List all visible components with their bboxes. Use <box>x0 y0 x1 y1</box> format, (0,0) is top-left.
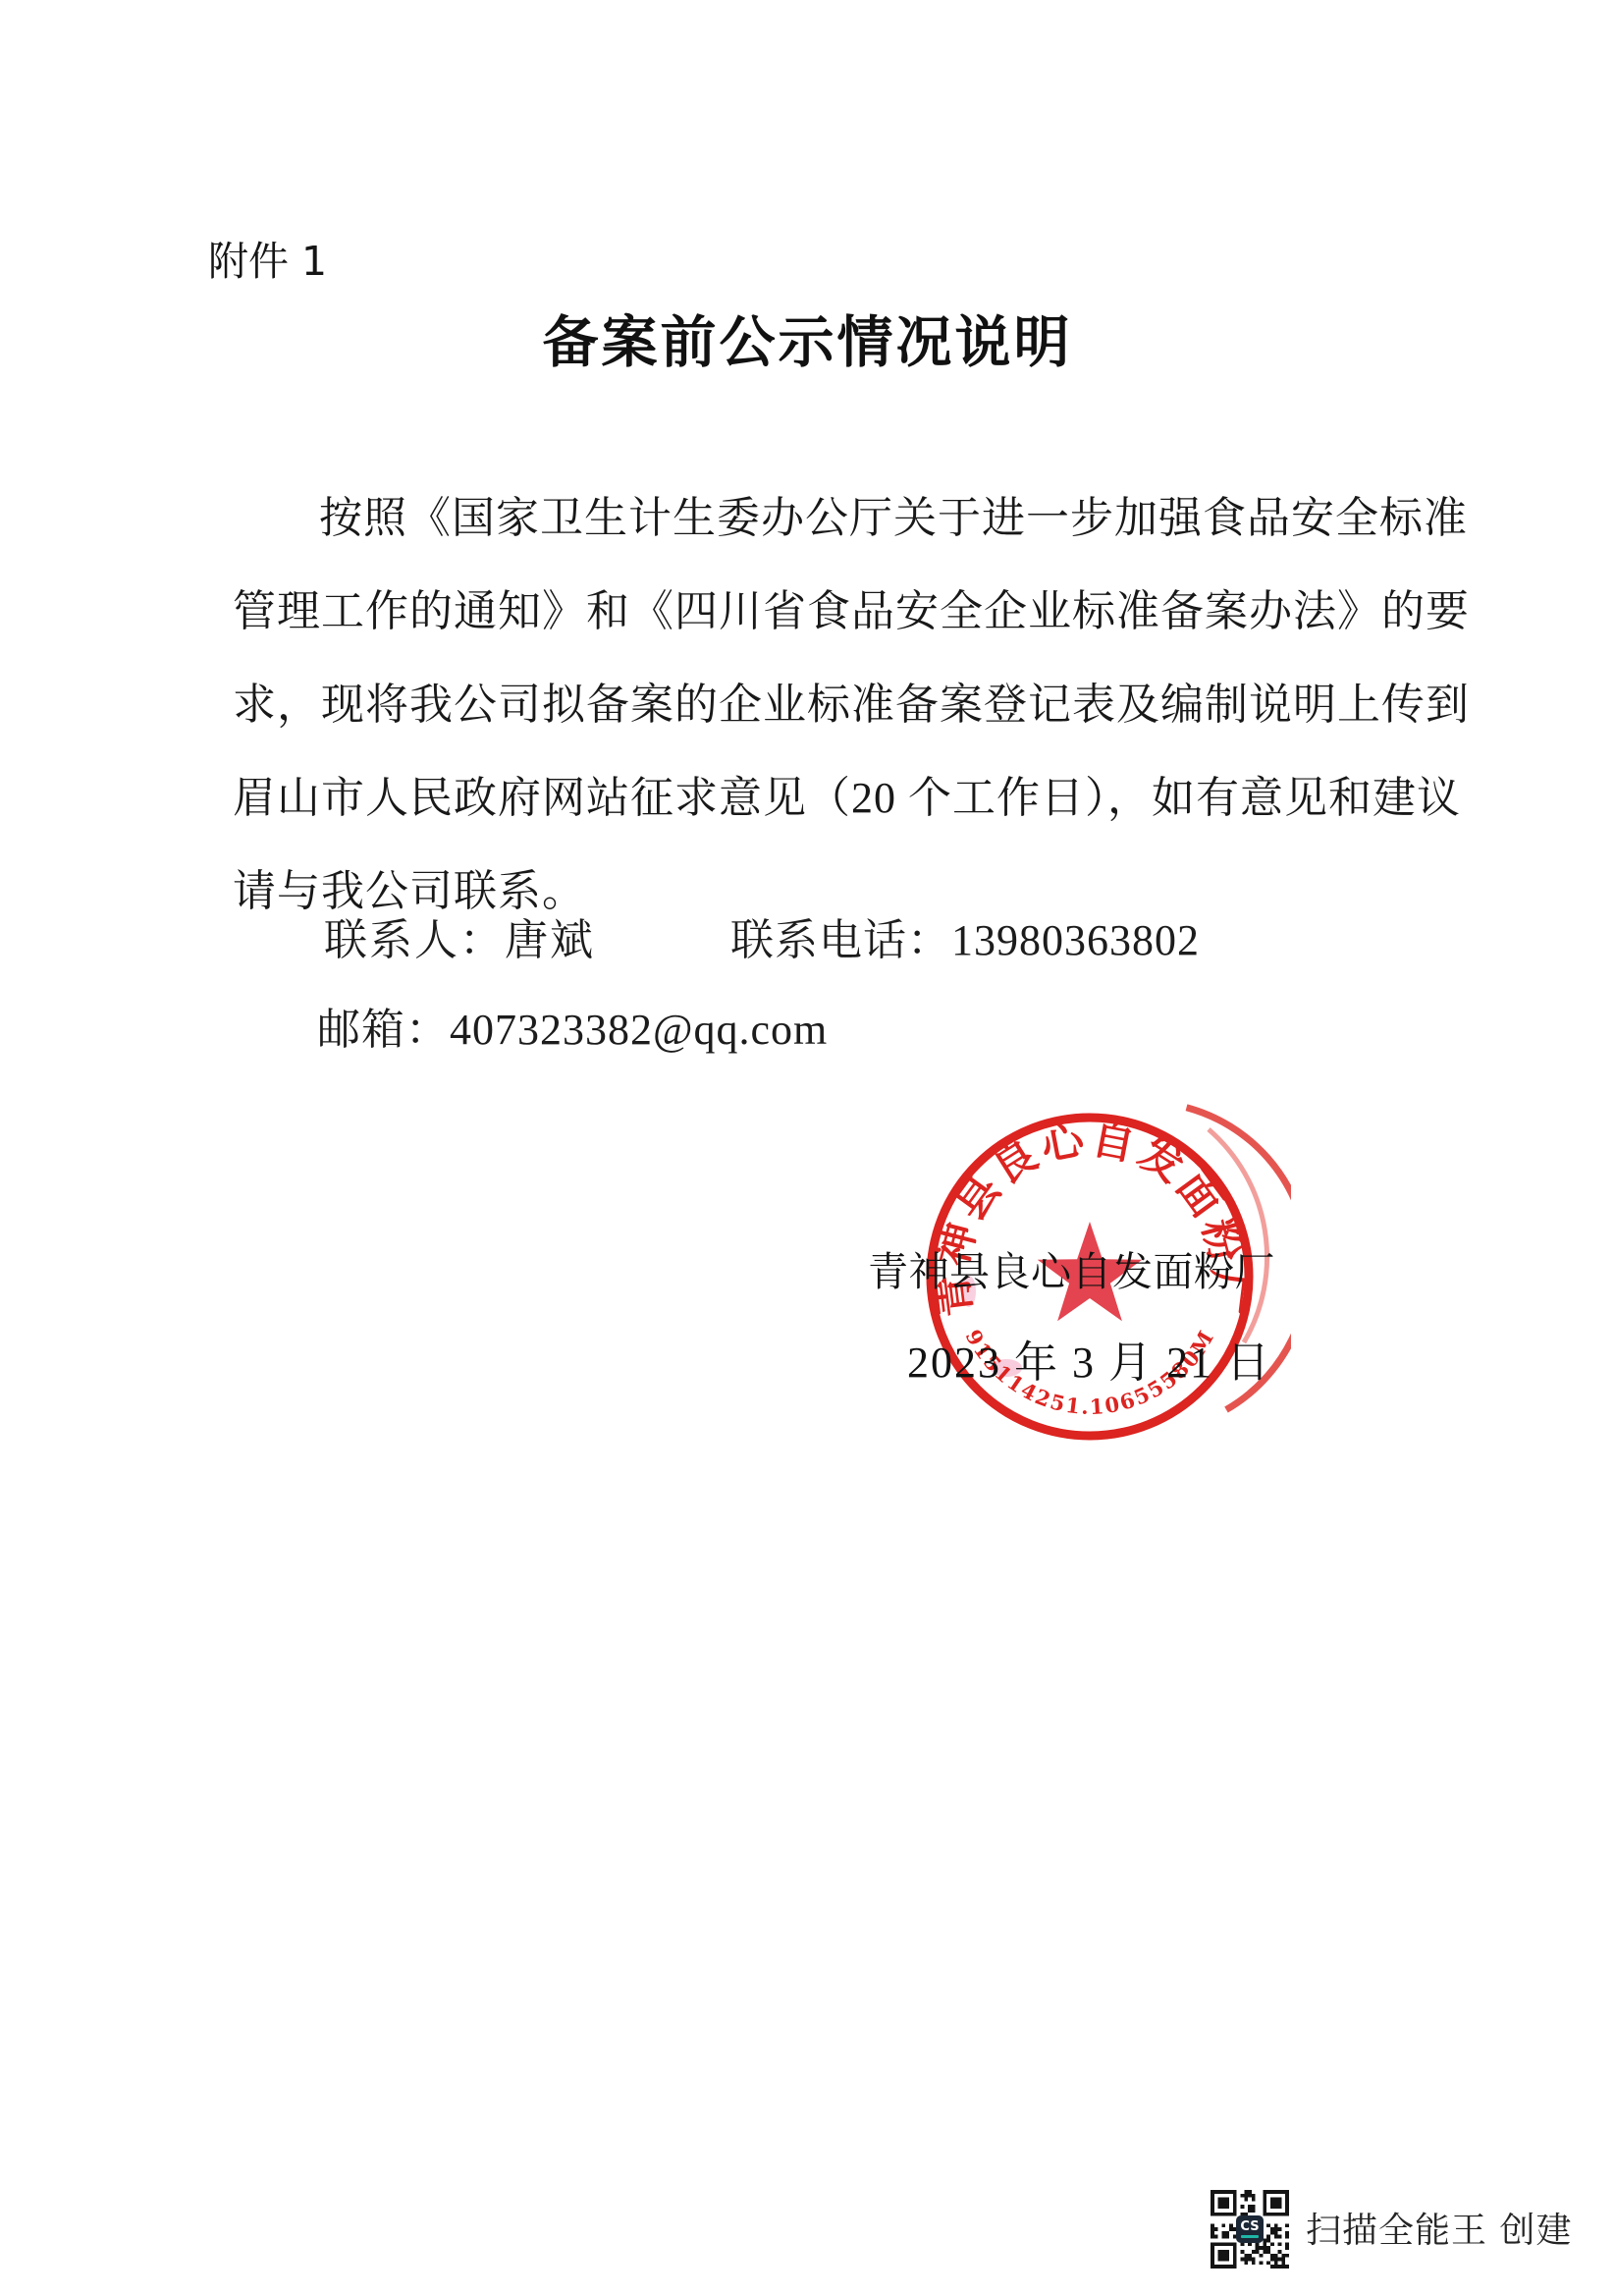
body-paragraph: 按照《国家卫生计生委办公厅关于进一步加强食品安全标准 管理工作的通知》和《四川省… <box>233 471 1419 938</box>
attachment-label: 附件 1 <box>208 229 327 287</box>
camscanner-logo-text: CS <box>1240 2220 1259 2233</box>
contact-row: 联系人：唐斌 联系电话：13980363802 <box>233 904 1419 954</box>
contact-email-label: 邮箱：407323382@qq.com <box>317 994 828 1057</box>
body-line: 按照《国家卫生计生委办公厅关于进一步加强食品安全标准 <box>233 471 1419 565</box>
page-title: 备案前公示情况说明 <box>0 298 1615 378</box>
body-line: 管理工作的通知》和《四川省食品安全企业标准备案办法》的要 <box>233 565 1419 658</box>
contact-phone-label: 联系电话：13980363802 <box>730 904 1200 967</box>
signature-date: 2023 年 3 月 21 日 <box>907 1327 1271 1390</box>
contact-person-label: 联系人：唐斌 <box>324 904 595 967</box>
signature-company: 青神县良心自发面粉厂 <box>868 1239 1275 1297</box>
camscanner-logo-badge: CS <box>1236 2215 1264 2243</box>
camscanner-logo-underline <box>1241 2235 1259 2238</box>
body-line: 眉山市人民政府网站征求意见（20 个工作日），如有意见和建议 <box>233 751 1419 845</box>
body-line: 求，现将我公司拟备案的企业标准备案登记表及编制说明上传到 <box>233 658 1419 751</box>
camscanner-note: 扫描全能王 创建 <box>1306 2203 1572 2253</box>
scanned-document-page: 附件 1 备案前公示情况说明 按照《国家卫生计生委办公厅关于进一步加强食品安全标… <box>0 0 1615 2296</box>
